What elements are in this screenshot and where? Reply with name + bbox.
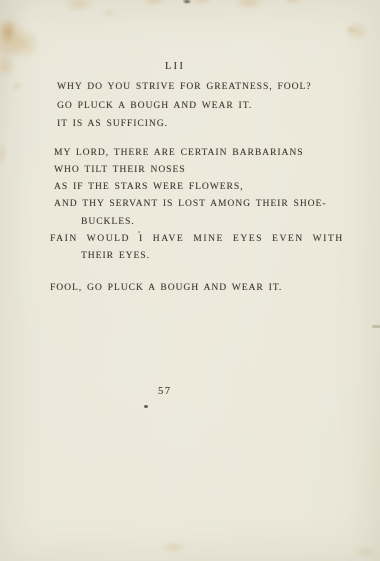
foxing-stain — [0, 16, 20, 46]
foxing-stain — [136, 0, 172, 10]
poem-line: WHY DO YOU STRIVE FOR GREATNESS, FOOL? — [57, 78, 362, 97]
foxing-stain — [154, 538, 192, 556]
book-page: LII WHY DO YOU STRIVE FOR GREATNESS, FOO… — [0, 0, 380, 561]
poem-line: AS IF THE STARS WERE FLOWERS, — [54, 179, 362, 196]
foxing-stain — [0, 4, 32, 72]
foxing-stain — [340, 16, 374, 46]
poem-line: FAIN WOULD I HAVE MINE EYES EVEN WITH — [50, 231, 362, 248]
poem-line: FOOL, GO PLUCK A BOUGH AND WEAR IT. — [50, 279, 362, 298]
ink-speck — [144, 405, 148, 408]
foxing-stain — [0, 50, 20, 82]
foxing-stain — [8, 78, 26, 94]
poem-line: THEIR EYES. — [81, 248, 362, 265]
stanza-1: WHY DO YOU STRIVE FOR GREATNESS, FOOL? G… — [50, 78, 362, 134]
poem-line: AND THY SERVANT IS LOST AMONG THEIR SHOE… — [54, 196, 362, 213]
ink-speck — [372, 325, 380, 328]
poem-number-heading: LII — [165, 61, 185, 72]
poem-line: GO PLUCK A BOUGH AND WEAR IT. — [57, 97, 362, 116]
foxing-stain — [96, 6, 122, 20]
poem-line: IT IS AS SUFFICING. — [57, 115, 362, 134]
stanza-3: FOOL, GO PLUCK A BOUGH AND WEAR IT. — [50, 279, 362, 298]
foxing-stain — [56, 0, 102, 16]
foxing-stain — [344, 24, 358, 36]
edge-smudge — [181, 0, 193, 5]
page-number: 57 — [158, 386, 172, 397]
poem-line: MY LORD, THERE ARE CERTAIN BARBARIANS — [54, 145, 362, 162]
foxing-stain — [350, 544, 380, 561]
foxing-stain — [278, 0, 308, 8]
stanza-2: MY LORD, THERE ARE CERTAIN BARBARIANS WH… — [50, 145, 362, 266]
foxing-stain — [4, 20, 46, 68]
poem-line: WHO TILT THEIR NOSES — [54, 162, 362, 179]
poem-line: BUCKLES. — [81, 214, 362, 231]
foxing-stain — [186, 0, 218, 8]
foxing-stain — [226, 0, 272, 14]
foxing-stain — [0, 136, 10, 172]
poem-body: WHY DO YOU STRIVE FOR GREATNESS, FOOL? G… — [50, 78, 362, 297]
